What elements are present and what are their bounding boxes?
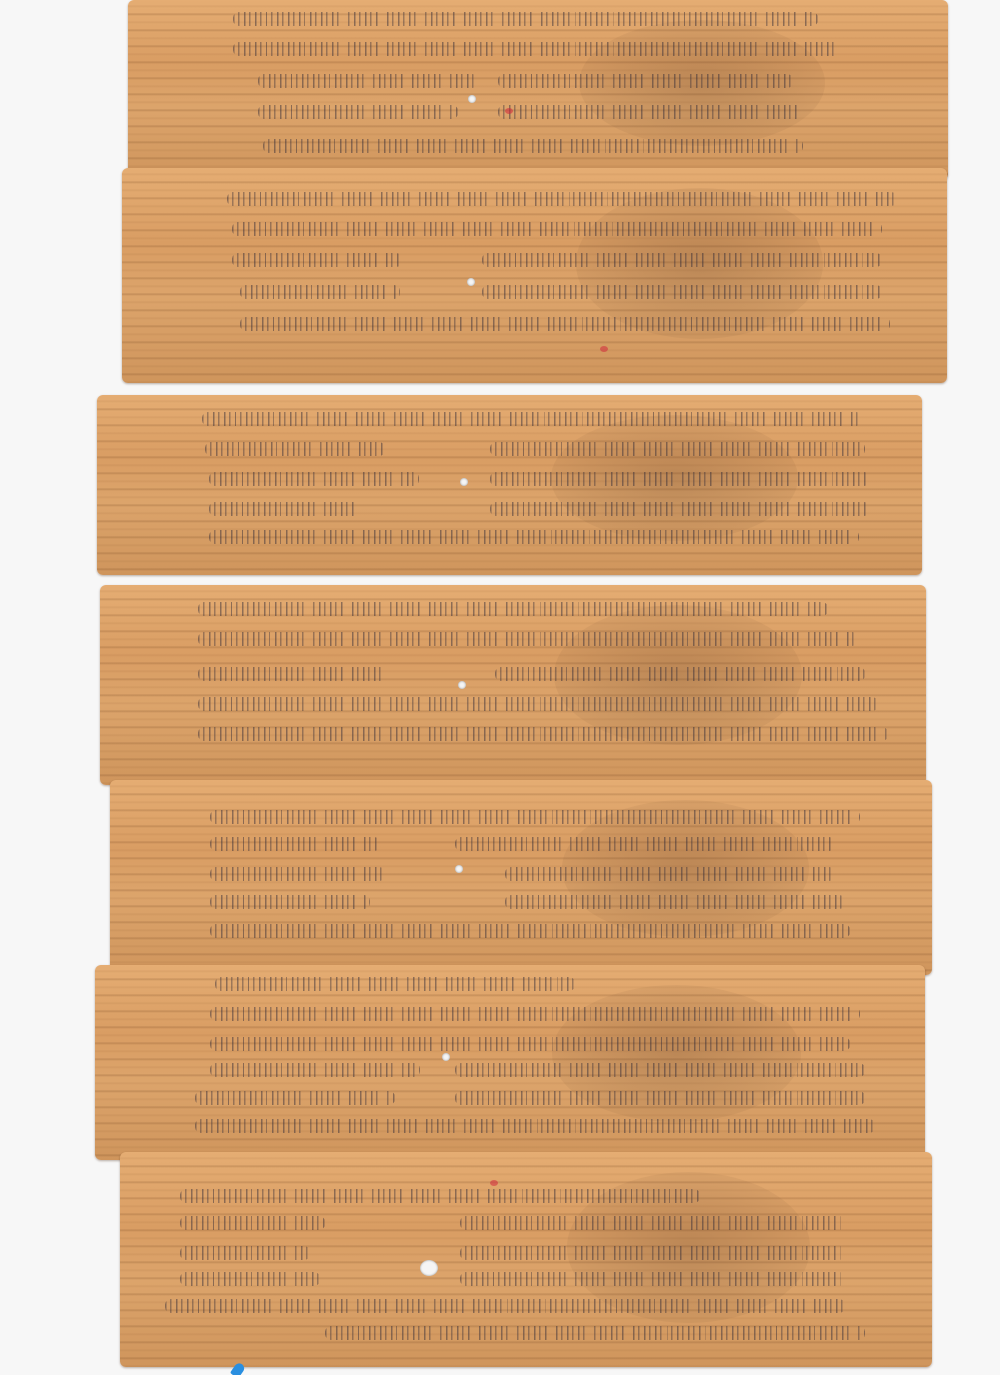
script-line [455,835,835,855]
script-line [498,103,803,123]
red-ink-mark [600,346,608,352]
handwritten-script [490,472,870,486]
handwritten-script [180,1216,325,1230]
script-line [198,725,888,745]
script-line [195,1089,395,1109]
script-line [180,1187,700,1207]
handwritten-script [455,1063,865,1077]
script-line [180,1214,325,1234]
script-line [505,893,845,913]
handwritten-script [233,12,818,26]
script-line [232,251,402,271]
script-line [240,283,400,303]
script-line [209,528,859,548]
palm-leaf-4 [100,585,926,785]
script-line [233,40,843,60]
palm-leaf-1 [128,0,948,180]
script-line [455,1089,865,1109]
script-line [233,10,818,30]
handwritten-script [180,1272,320,1286]
handwritten-script [505,867,835,881]
handwritten-script [205,442,385,456]
palm-leaf-2 [122,168,947,383]
binding-hole [442,1053,450,1061]
script-line [490,470,870,490]
script-line [263,137,803,157]
handwritten-script [455,837,835,851]
binding-hole [458,681,466,689]
handwritten-script [498,105,803,119]
handwritten-script [232,253,402,267]
script-line [205,440,385,460]
script-line [209,500,359,520]
palm-leaf-5 [110,780,932,975]
handwritten-script [198,632,858,646]
script-line [195,1117,875,1137]
handwritten-script [505,895,845,909]
handwritten-script [240,285,400,299]
script-line [258,103,458,123]
script-line [165,1297,845,1317]
script-line [505,865,835,885]
handwritten-script [210,1063,420,1077]
handwritten-script [215,977,575,991]
script-line [180,1244,310,1264]
handwritten-script [210,810,860,824]
handwritten-script [198,697,878,711]
script-line [210,1005,860,1025]
script-line [227,190,897,210]
script-line [490,500,870,520]
script-line [455,1061,865,1081]
palm-leaf-7 [120,1152,932,1367]
red-ink-mark [505,108,513,114]
binding-hole [468,95,476,103]
handwritten-script [263,139,803,153]
handwritten-script [460,1216,845,1230]
script-line [498,72,793,92]
handwritten-script [482,285,882,299]
handwritten-script [455,1091,865,1105]
palm-leaf-3 [97,395,922,575]
script-line [495,665,865,685]
palm-leaf-6 [95,965,925,1160]
script-line [210,922,850,942]
script-line [210,835,380,855]
handwritten-script [180,1246,310,1260]
script-line [210,865,385,885]
script-line [202,410,862,430]
script-line [180,1270,320,1290]
handwritten-script [482,253,882,267]
handwritten-script [227,192,897,206]
handwritten-script [195,1091,395,1105]
handwritten-script [495,667,865,681]
handwritten-script [258,105,458,119]
handwritten-script [180,1189,700,1203]
handwritten-script [258,74,478,88]
handwritten-script [498,74,793,88]
script-line [232,220,882,240]
handwritten-script [209,472,419,486]
handwritten-script [165,1299,845,1313]
script-line [325,1324,865,1344]
binding-hole [467,278,475,286]
handwritten-script [210,867,385,881]
handwritten-script [195,1119,875,1133]
handwritten-script [202,412,862,426]
handwritten-script [232,222,882,236]
script-line [460,1214,845,1234]
script-line [198,600,828,620]
script-line [210,893,370,913]
script-line [210,808,860,828]
handwritten-script [210,895,370,909]
script-line [490,440,865,460]
script-line [210,1061,420,1081]
handwritten-script [240,317,890,331]
binding-hole [460,478,468,486]
handwritten-script [209,530,859,544]
handwritten-script [210,1007,860,1021]
script-line [198,630,858,650]
script-line [210,1035,850,1055]
handwritten-script [490,502,870,516]
script-line [482,251,882,271]
handwritten-script [198,602,828,616]
handwritten-script [198,727,888,741]
script-line [258,72,478,92]
script-line [198,665,388,685]
handwritten-script [210,837,380,851]
handwritten-script [233,42,843,56]
handwritten-script [210,924,850,938]
script-line [482,283,882,303]
handwritten-script [490,442,865,456]
handwritten-script [460,1272,845,1286]
handwritten-script [198,667,388,681]
script-line [460,1270,845,1290]
handwritten-script [460,1246,845,1260]
script-line [460,1244,845,1264]
script-line [209,470,419,490]
red-ink-mark [490,1180,498,1186]
script-line [198,695,878,715]
script-line [215,975,575,995]
handwritten-script [325,1326,865,1340]
binding-hole [420,1260,438,1276]
binding-hole [455,865,463,873]
handwritten-script [210,1037,850,1051]
handwritten-script [209,502,359,516]
script-line [240,315,890,335]
